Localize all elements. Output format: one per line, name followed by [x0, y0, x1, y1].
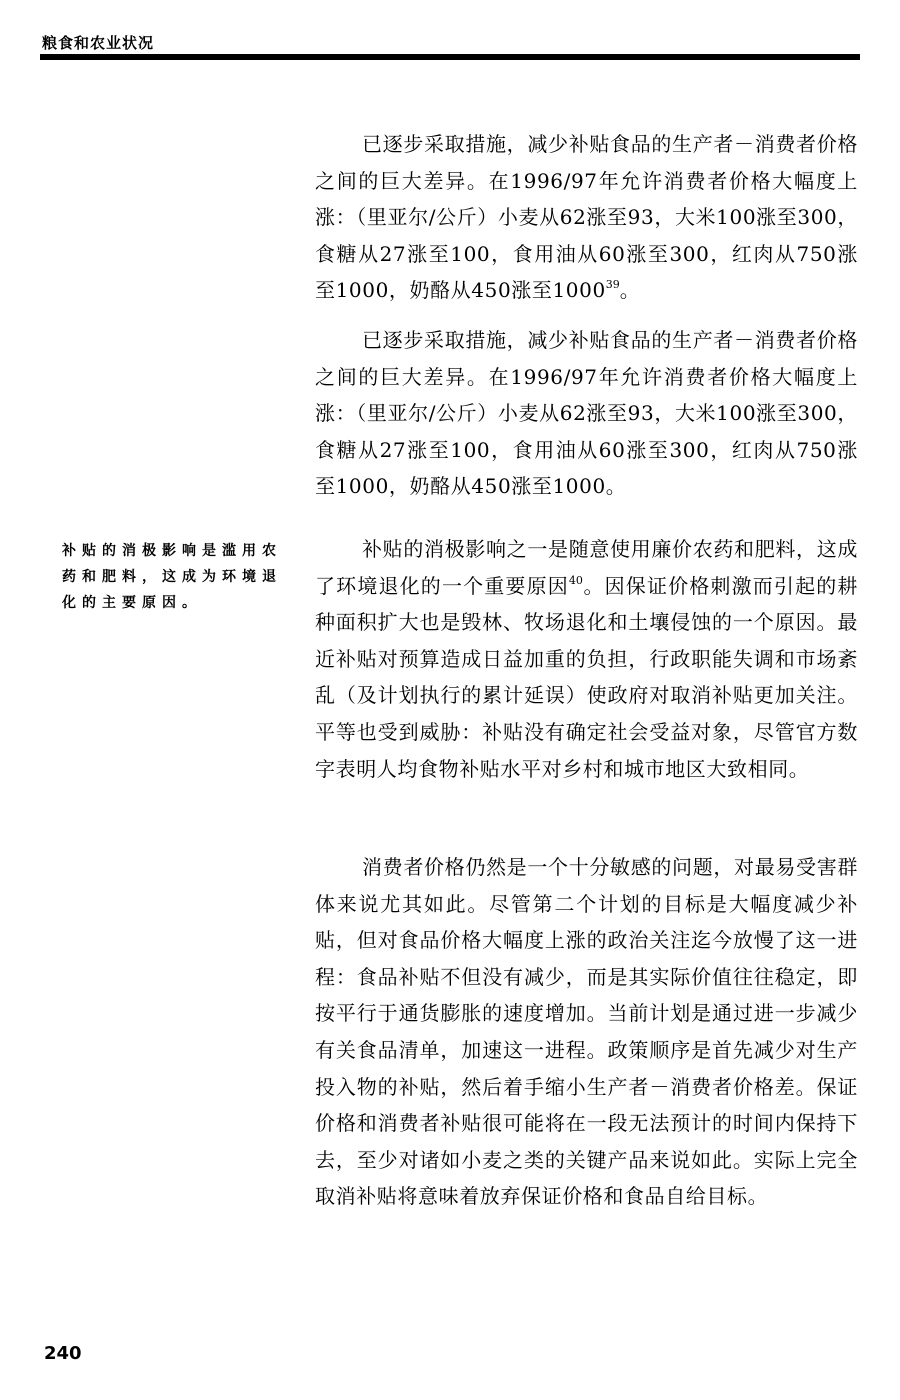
footnote-ref-39[interactable]: 39 — [606, 278, 620, 291]
paragraph-1-body: 已逐步采取措施，减少补贴食品的生产者－消费者价格之间的巨大差异。在1996/97… — [315, 132, 858, 302]
paragraph-1-tail: 。 — [620, 278, 641, 302]
paragraph-4-text: 消费者价格仍然是一个十分敏感的问题，对最易受害群体来说尤其如此。尽管第二个计划的… — [315, 849, 858, 1215]
paragraph-4: 消费者价格仍然是一个十分敏感的问题，对最易受害群体来说尤其如此。尽管第二个计划的… — [315, 849, 858, 1215]
page-number: 240 — [44, 1343, 82, 1365]
paragraph-1-text: 已逐步采取措施，减少补贴食品的生产者－消费者价格之间的巨大差异。在1996/97… — [315, 126, 858, 309]
paragraph-2: 已逐步采取措施，减少补贴食品的生产者－消费者价格之间的巨大差异。在1996/97… — [315, 322, 858, 505]
paragraph-3-text: 补贴的消极影响之一是随意使用廉价农药和肥料，这成了环境退化的一个重要原因40。因… — [315, 531, 858, 787]
paragraph-3-tail: 。因保证价格刺激而引起的耕种面积扩大也是毁林、牧场退化和土壤侵蚀的一个原因。最近… — [315, 574, 858, 781]
margin-note: 补贴的消极影响是滥用农药和肥料，这成为环境退化的主要原因。 — [62, 538, 294, 616]
running-head-title: 粮食和农业状况 — [42, 33, 154, 53]
paragraph-3: 补贴的消极影响之一是随意使用廉价农药和肥料，这成了环境退化的一个重要原因40。因… — [315, 531, 858, 787]
header-rule — [40, 54, 860, 60]
paragraph-2-text: 已逐步采取措施，减少补贴食品的生产者－消费者价格之间的巨大差异。在1996/97… — [315, 322, 858, 505]
footnote-ref-40[interactable]: 40 — [569, 574, 583, 587]
paragraph-1: 已逐步采取措施，减少补贴食品的生产者－消费者价格之间的巨大差异。在1996/97… — [315, 126, 858, 309]
